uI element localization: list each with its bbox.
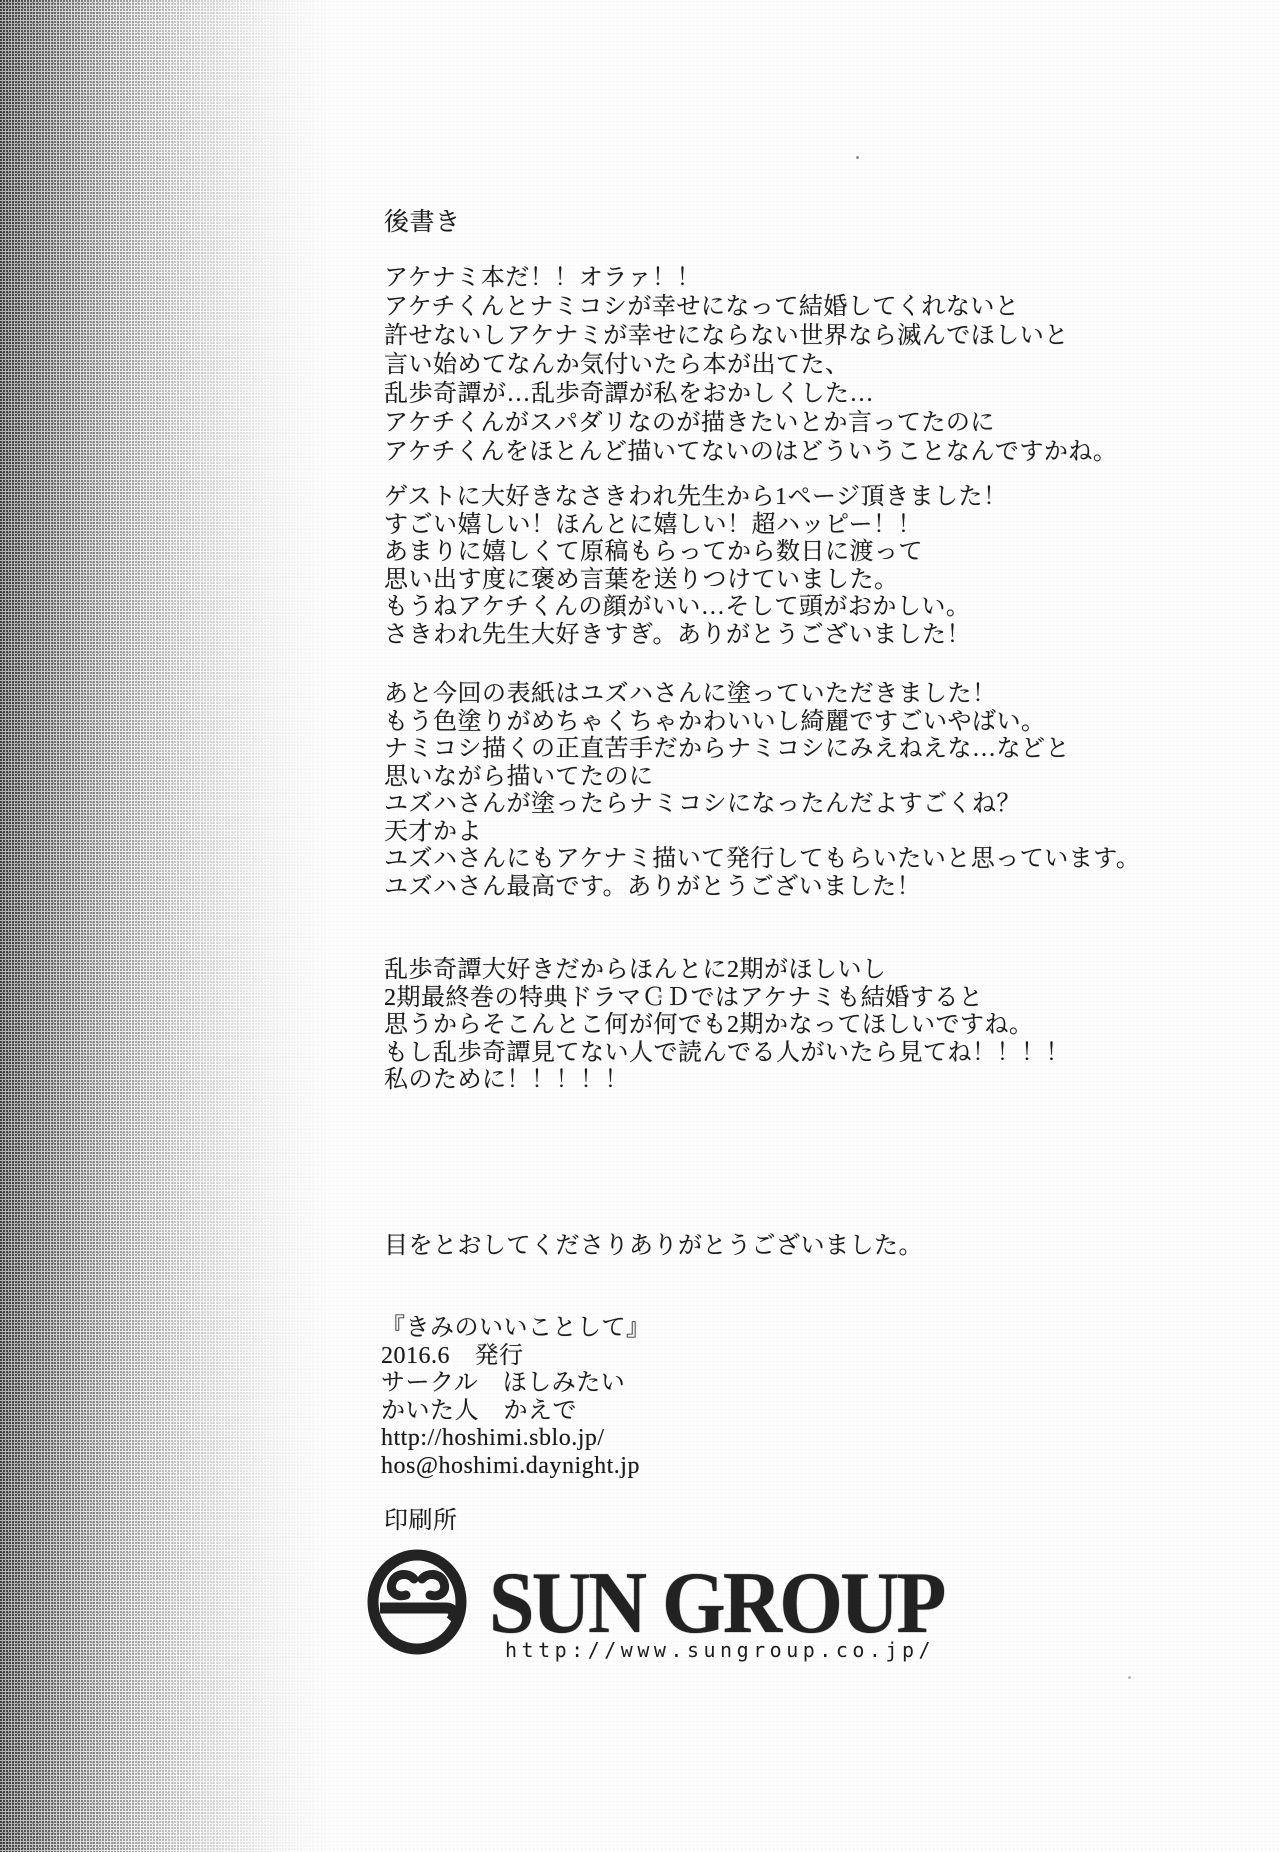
printer-url: http://www.sungroup.co.jp/ — [505, 1638, 935, 1662]
colophon-email-address: hos@hoshimi.daynight.jp — [381, 1453, 651, 1481]
scan-speck — [658, 995, 662, 998]
scan-speck — [1128, 1676, 1131, 1679]
scanned-afterword-page: 後書き アケナミ本だ！！オラァ！！ アケチくんとナミコシが幸せになって結婚してく… — [0, 0, 1280, 1852]
colophon-circle-name: サークル ほしみたい — [381, 1370, 651, 1398]
afterword-title: 後書き — [384, 207, 461, 239]
sun-group-logo-icon — [366, 1548, 469, 1656]
colophon-publish-date: 2016.6 発行 — [381, 1343, 651, 1371]
colophon-author-name: かいた人 かえで — [381, 1398, 651, 1426]
printer-section-heading: 印刷所 — [384, 1507, 458, 1535]
afterword-paragraph-3: あと今回の表紙はユズハさんに塗っていただきました！ もう色塗りがめちゃくちゃかわ… — [384, 681, 1140, 901]
afterword-paragraph-2: ゲストに大好きなさきわれ先生から1ページ頂きました！ すごい嬉しい！ほんとに嬉し… — [384, 484, 1008, 649]
closing-thanks: 目をとおしてくださりありがとうございました。 — [384, 1232, 923, 1260]
colophon-block: 『きみのいいことして』 2016.6 発行 サークル ほしみたい かいた人 かえ… — [381, 1315, 651, 1481]
scan-edge-gradient — [0, 0, 330, 1852]
colophon-website-url: http://hoshimi.sblo.jp/ — [381, 1425, 651, 1453]
printer-name-wordmark: SUN GROUP — [489, 1560, 944, 1648]
afterword-paragraph-4: 乱歩奇譚大好きだからほんとに2期がほしいし 2期最終巻の特典ドラマＣＤではアケナ… — [384, 957, 1070, 1095]
scan-speck — [856, 156, 859, 159]
colophon-book-title: 『きみのいいことして』 — [381, 1315, 651, 1343]
afterword-paragraph-1: アケナミ本だ！！オラァ！！ アケチくんとナミコシが幸せになって結婚してくれないと… — [384, 264, 1117, 467]
